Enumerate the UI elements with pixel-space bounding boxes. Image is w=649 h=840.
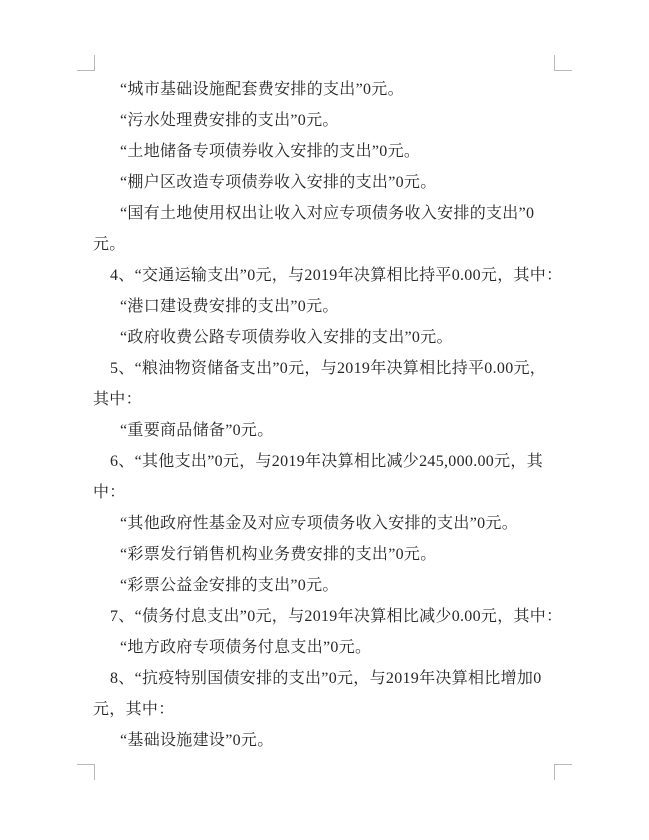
text-line: 中：: [93, 477, 555, 508]
text-boundary-mark-top-right: [554, 55, 572, 71]
text-line: “港口建设费安排的支出”0元。: [93, 291, 555, 322]
text-line: 8、“抗疫特别国债安排的支出”0元，与2019年决算相比增加0: [93, 663, 555, 694]
text-line: 元。: [93, 229, 555, 260]
text-line: “国有土地使用权出让收入对应专项债务收入安排的支出”0: [93, 198, 555, 229]
text-line: “彩票公益金安排的支出”0元。: [93, 570, 555, 601]
text-line: 其中：: [93, 384, 555, 415]
text-line: “污水处理费安排的支出”0元。: [93, 105, 555, 136]
text-line: “重要商品储备”0元。: [93, 415, 555, 446]
text-line: “城市基础设施配套费安排的支出”0元。: [93, 74, 555, 105]
text-line: “基础设施建设”0元。: [93, 725, 555, 756]
text-line: 元，其中：: [93, 694, 555, 725]
text-boundary-mark-bottom-left: [77, 764, 95, 780]
text-line: “政府收费公路专项债券收入安排的支出”0元。: [93, 322, 555, 353]
text-line: “地方政府专项债务付息支出”0元。: [93, 632, 555, 663]
text-boundary-mark-bottom-right: [554, 764, 572, 780]
text-line: 6、“其他支出”0元，与2019年决算相比减少245,000.00元，其: [93, 446, 555, 477]
text-line: “其他政府性基金及对应专项债务收入安排的支出”0元。: [93, 508, 555, 539]
text-line: “彩票发行销售机构业务费安排的支出”0元。: [93, 539, 555, 570]
text-boundary-mark-top-left: [77, 55, 95, 71]
document-text-body: “城市基础设施配套费安排的支出”0元。“污水处理费安排的支出”0元。“土地储备专…: [93, 74, 555, 756]
text-line: 5、“粮油物资储备支出”0元，与2019年决算相比持平0.00元，: [93, 353, 555, 384]
text-line: 7、“债务付息支出”0元，与2019年决算相比减少0.00元，其中：: [93, 601, 555, 632]
document-page: “城市基础设施配套费安排的支出”0元。“污水处理费安排的支出”0元。“土地储备专…: [0, 0, 649, 840]
text-line: “棚户区改造专项债券收入安排的支出”0元。: [93, 167, 555, 198]
text-line: “土地储备专项债券收入安排的支出”0元。: [93, 136, 555, 167]
text-line: 4、“交通运输支出”0元，与2019年决算相比持平0.00元，其中：: [93, 260, 555, 291]
